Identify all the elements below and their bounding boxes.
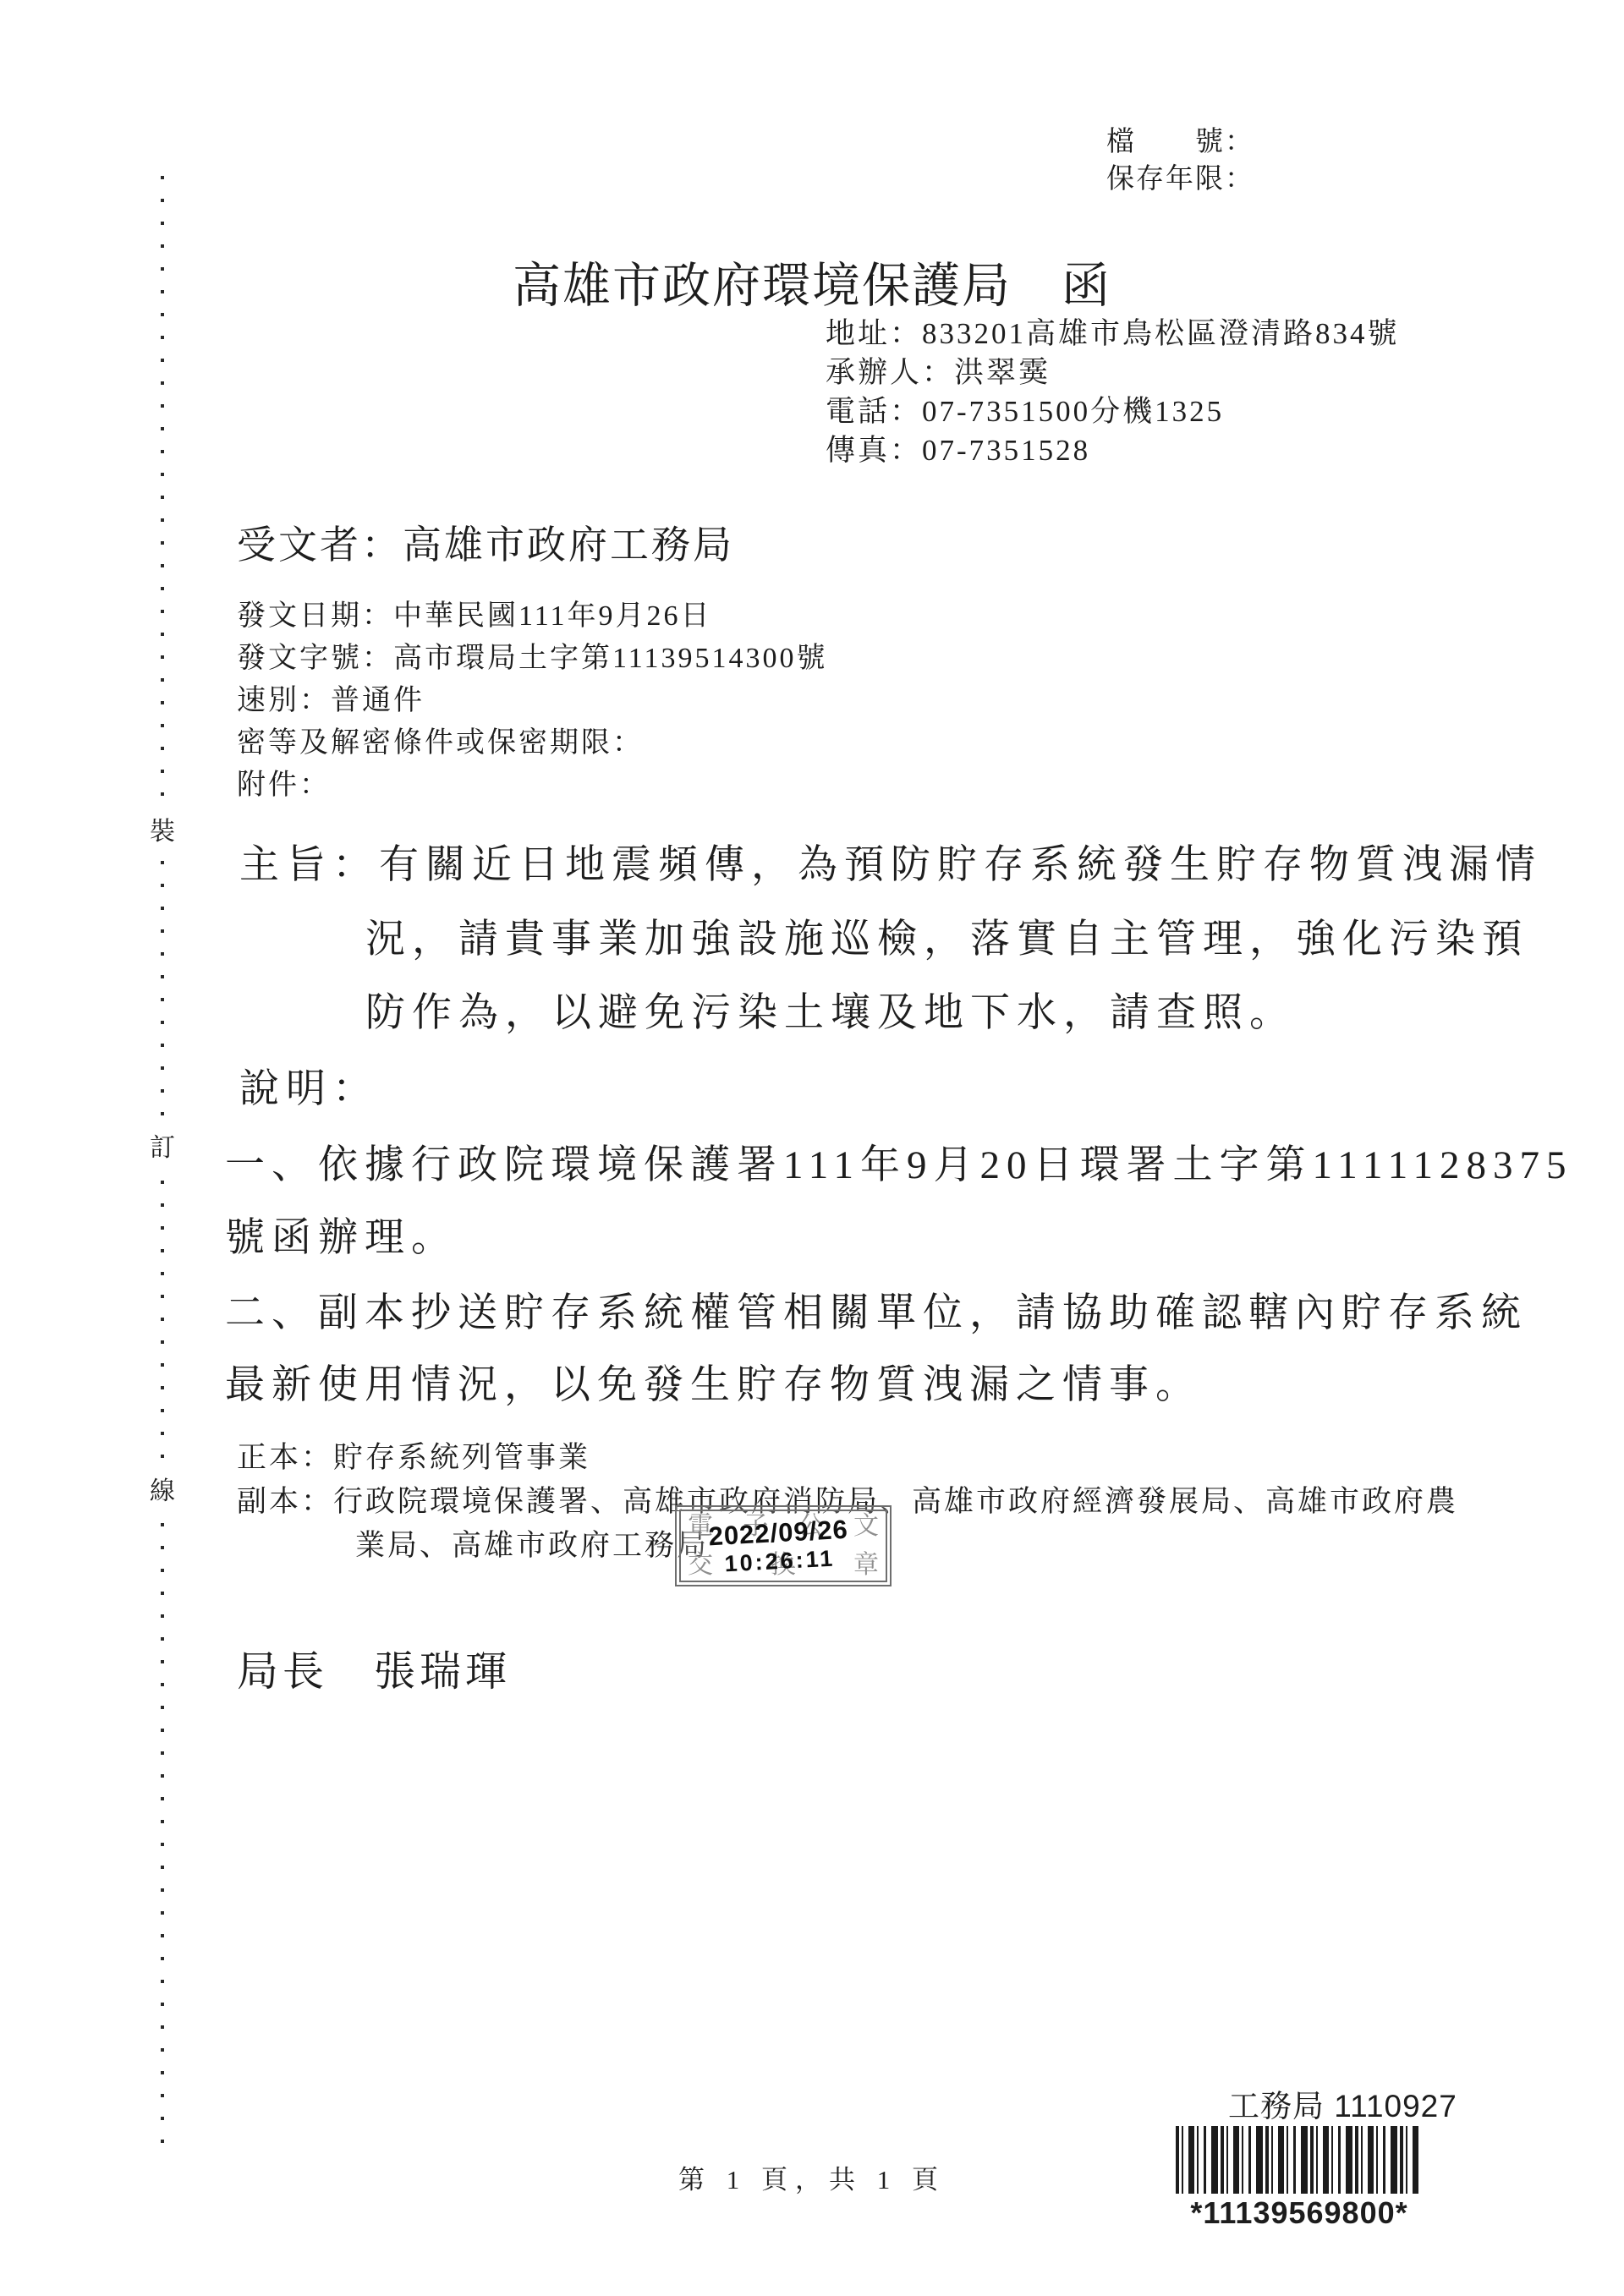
- stamp-datetime: 2022/09/26 10:26:11: [666, 1512, 892, 1581]
- sender-phone: 電話：07-7351500分機1325: [826, 392, 1400, 431]
- binding-label-xian: 線: [147, 1465, 178, 1512]
- issue-date-line: 發文日期：中華民國111年9月26日: [237, 595, 827, 638]
- subject-line-2: 況，請貴事業加強設施巡檢，落實自主管理，強化污染預: [365, 907, 1528, 964]
- explanation-item-1-line-2: 號函辦理。: [225, 1206, 458, 1263]
- explanation-item-2-line-1: 二、副本抄送貯存系統權管相關單位，請協助確認轄內貯存系統: [225, 1281, 1528, 1338]
- recipient-line: 受文者：高雄市政府工務局: [237, 514, 734, 570]
- sender-info-block: 地址：833201高雄市鳥松區澄清路834號 承辦人：洪翠霙 電話：07-735…: [826, 315, 1400, 470]
- explanation-heading: 說明：: [239, 1057, 379, 1114]
- retention-period-label: 保存年限：: [1106, 161, 1254, 198]
- binding-label-zhuang: 裝: [147, 805, 178, 852]
- doc-number-line: 發文字號：高市環局土字第11139514300號: [237, 638, 827, 680]
- sender-contact-person: 承辦人：洪翠霙: [826, 353, 1400, 392]
- cc-line-2: 業局、高雄市政府工務局: [355, 1522, 709, 1564]
- subject-line-1: 主旨：有關近日地震頻傳，為預防貯存系統發生貯存物質洩漏情: [239, 833, 1542, 890]
- binding-label-ding: 訂: [147, 1121, 178, 1169]
- document-title: 高雄市政府環境保護局 函: [0, 247, 1624, 316]
- original-copy-line: 正本：貯存系統列管事業: [237, 1434, 590, 1477]
- sender-fax: 傳真：07-7351528: [826, 431, 1400, 470]
- document-meta-block: 發文日期：中華民國111年9月26日 發文字號：高市環局土字第111395143…: [237, 595, 827, 807]
- subject-line-3: 防作為，以避免污染土壤及地下水，請查照。: [365, 981, 1296, 1038]
- sender-address: 地址：833201高雄市鳥松區澄清路834號: [826, 315, 1400, 353]
- explanation-item-2-line-2: 最新使用情況，以免發生貯存物質洩漏之情事。: [225, 1353, 1202, 1410]
- barcode-number: *11139569800*: [1172, 2195, 1426, 2231]
- attachment-line: 附件：: [237, 764, 827, 807]
- security-class-line: 密等及解密條件或保密期限：: [237, 722, 827, 764]
- file-number-block: 檔 號： 保存年限：: [1106, 123, 1254, 198]
- explanation-item-1-line-1: 一、依據行政院環境保護署111年9月20日環署土字第1111128375: [225, 1133, 1573, 1190]
- file-number-label: 檔 號：: [1106, 123, 1254, 161]
- scanned-official-letter: 裝 訂 線 檔 號： 保存年限： 高雄市政府環境保護局 函 地址：833201高…: [0, 0, 1624, 2296]
- barcode-label: 工務局 1110927: [1228, 2080, 1457, 2126]
- electronic-exchange-stamp: 電 子 公 文 交 換 章 2022/09/26 10:26:11: [675, 1505, 892, 1586]
- barcode: [1176, 2126, 1421, 2194]
- speed-class-line: 速別：普通件: [237, 680, 827, 722]
- director-signature: 局長 張瑞琿: [237, 1639, 511, 1698]
